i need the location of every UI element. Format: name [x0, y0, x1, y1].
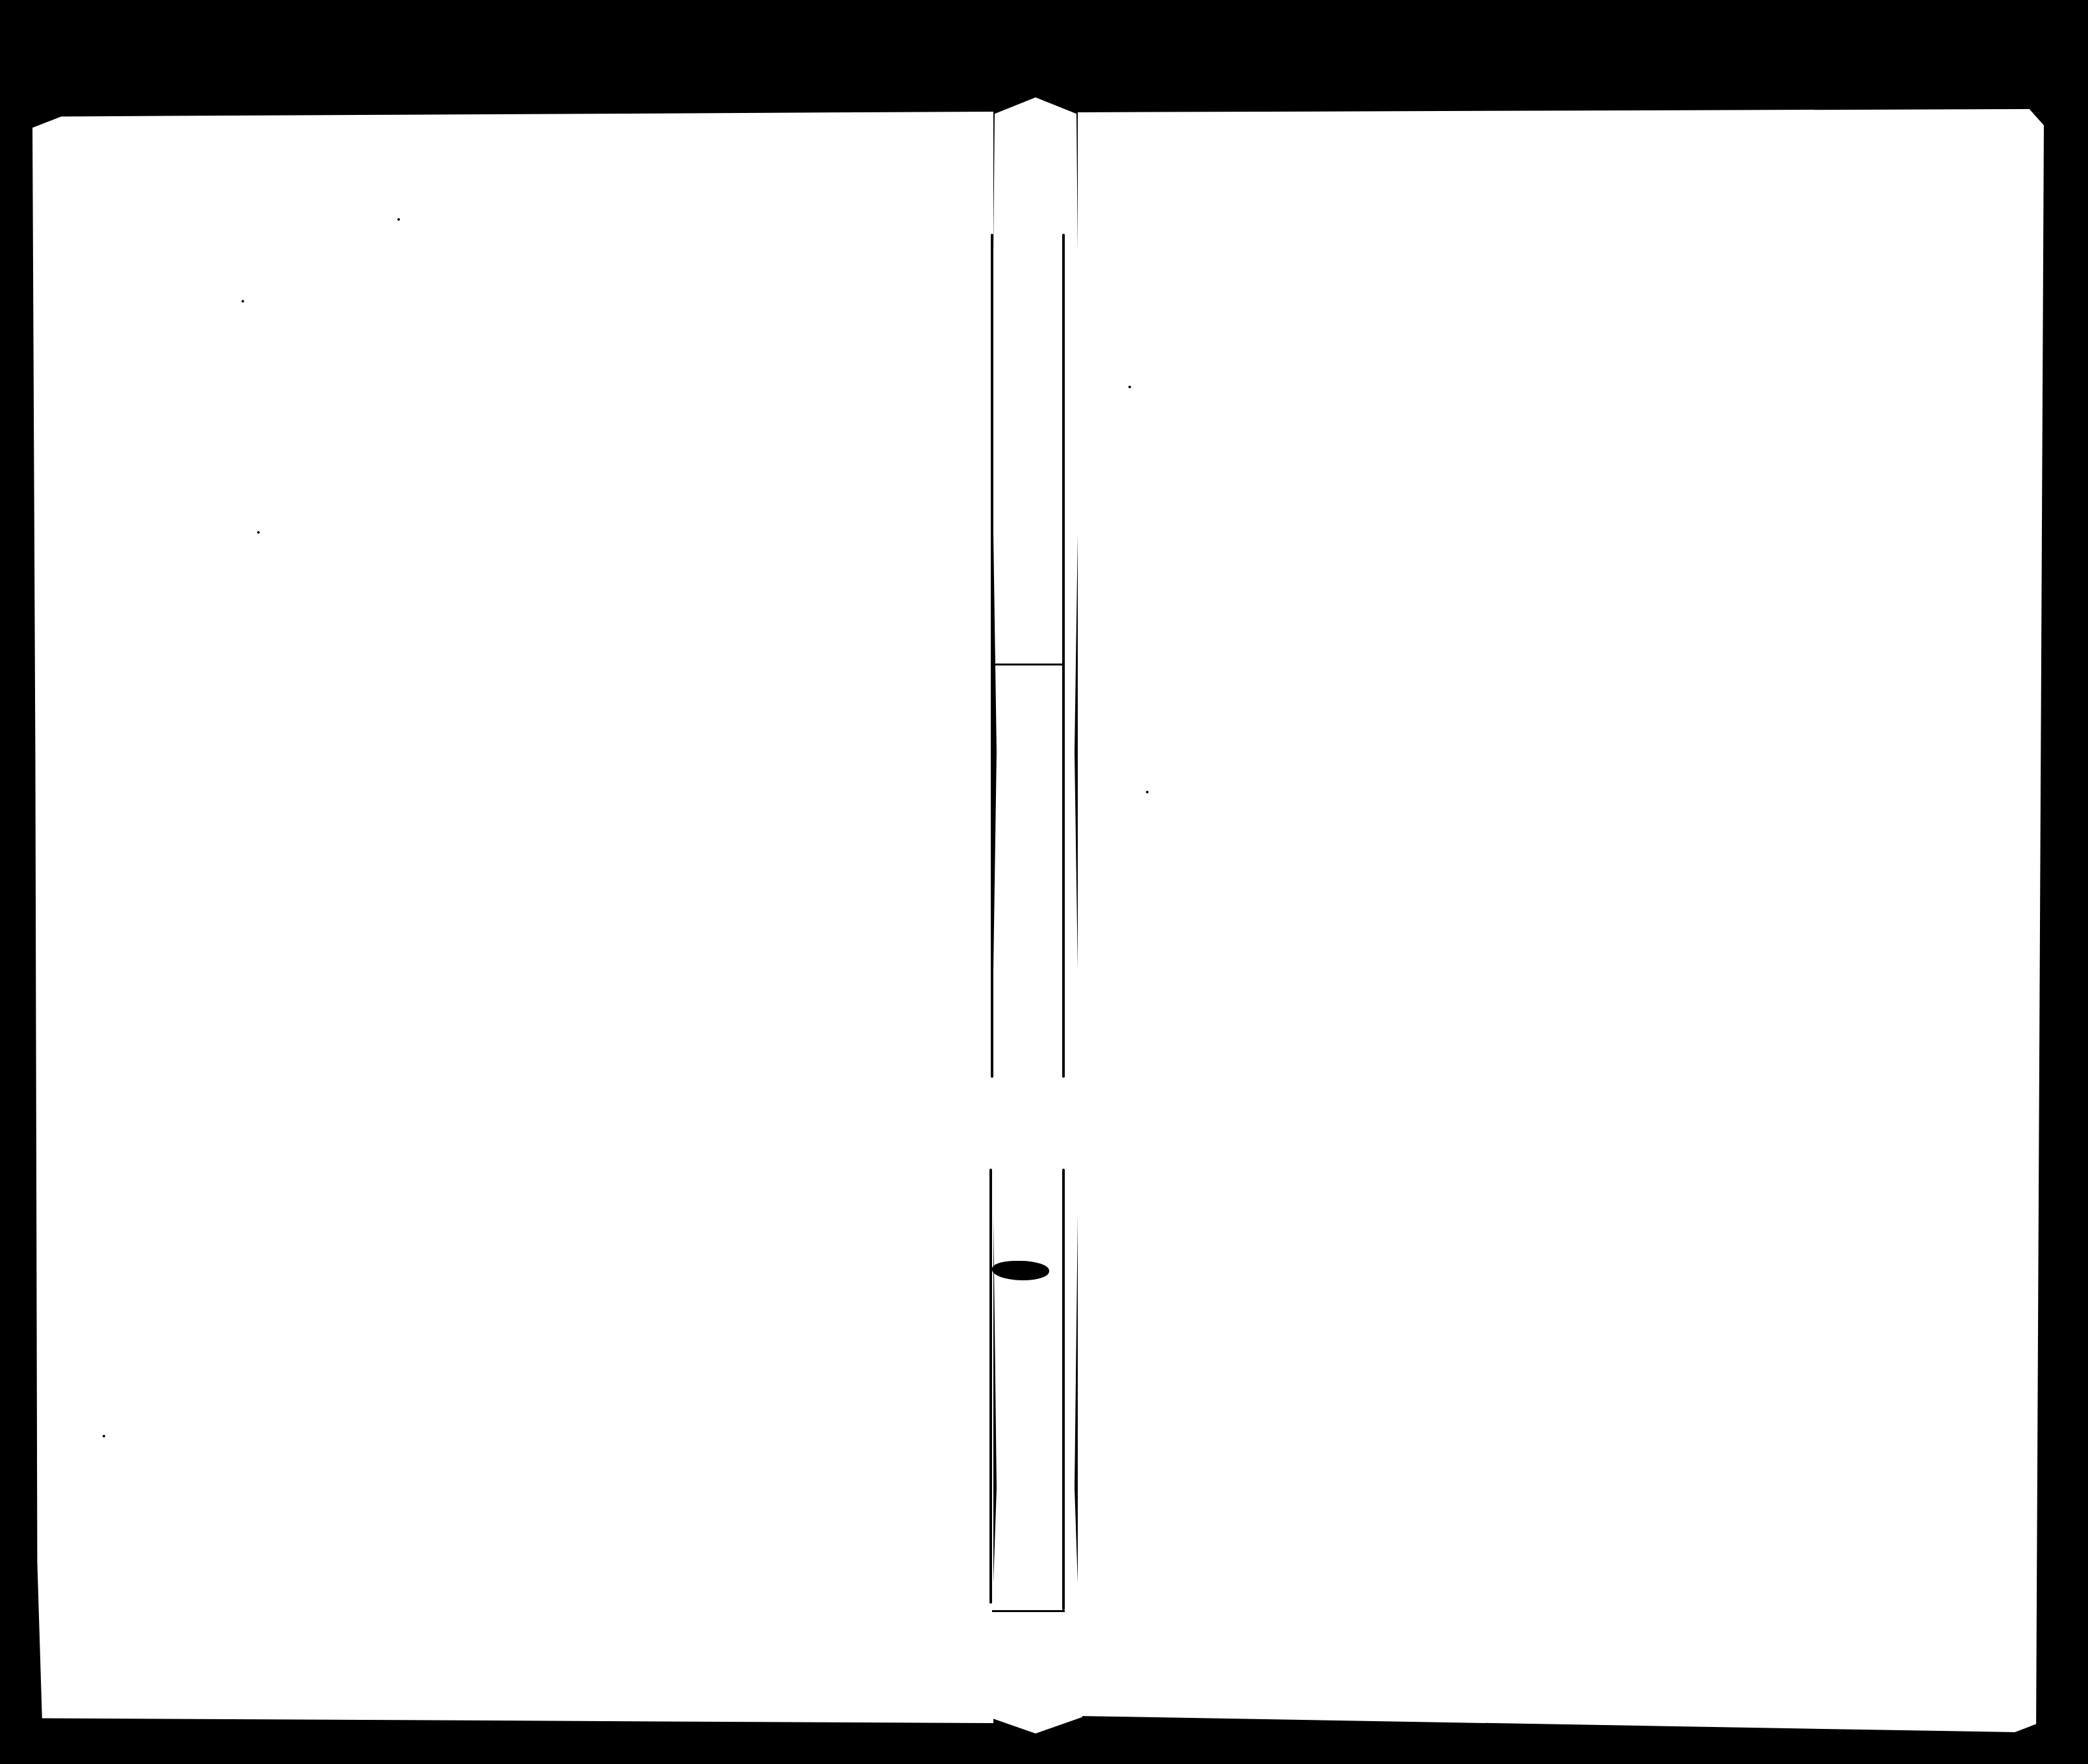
speck [397, 218, 400, 221]
spine-band-top [992, 664, 1065, 665]
spine-band-bottom [992, 1610, 1065, 1612]
speck [1128, 386, 1131, 388]
right-board [1078, 109, 2044, 1732]
speck [257, 531, 260, 534]
book-scan [0, 0, 2088, 1764]
spine-left-edge-lower [989, 1169, 992, 1604]
book-spine [987, 97, 1084, 1733]
left-board [32, 112, 993, 1723]
speck [1146, 791, 1149, 793]
spine-right-edge-lower [1062, 1169, 1065, 1610]
speck [242, 300, 244, 303]
speck [103, 1435, 105, 1437]
spine-left-edge [991, 234, 993, 1078]
spine-right-edge [1062, 234, 1065, 1078]
